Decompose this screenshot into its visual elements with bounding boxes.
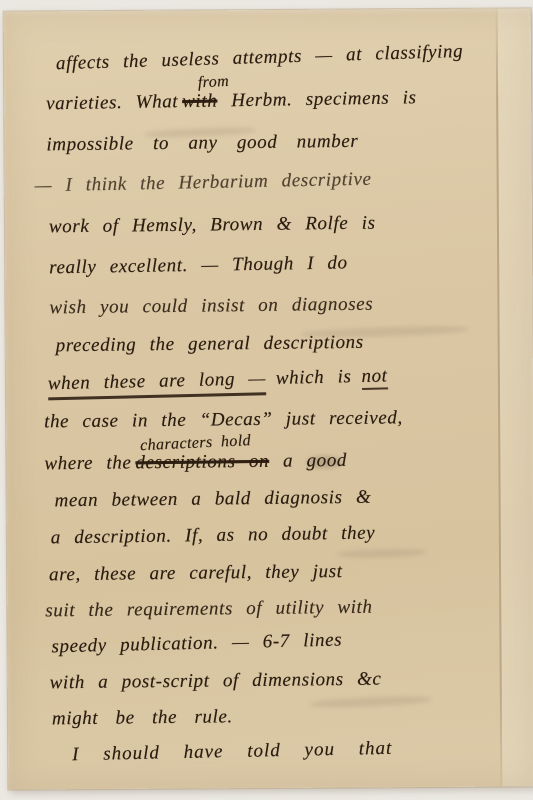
line-text: where the <box>44 452 131 474</box>
handwritten-line: wish you could insist on diagnoses <box>49 292 373 322</box>
handwritten-line: preceding the general descriptions <box>56 330 364 359</box>
handwritten-line: suit the requirements of utility with <box>45 595 373 625</box>
interlinear-insertion: from <box>197 69 230 97</box>
handwritten-line: when these are long —which isnot <box>48 363 388 397</box>
handwritten-line: might be the rule. <box>52 704 233 732</box>
handwritten-line: a description. If, as no doubt they <box>51 521 376 552</box>
handwritten-line: work of Hemsly, Brown & Rolfe is <box>49 211 376 241</box>
handwritten-line: impossible to any good number <box>46 129 358 159</box>
interlinear-insertion: characters hold <box>140 428 252 459</box>
handwritten-line: varieties. WhatwithfromHerbm. specimens … <box>46 85 417 117</box>
paper-sheet: affects the useless attempts — at classi… <box>4 8 533 789</box>
handwritten-line: — I think the Herbarium descriptive <box>34 167 371 200</box>
line-text: a good <box>283 450 347 472</box>
handwriting-layer: affects the useless attempts — at classi… <box>4 8 533 789</box>
handwritten-line: really excellent. — Though I do <box>49 250 348 281</box>
line-text: varieties. What <box>46 91 178 114</box>
underlined-phrase: when these are long — <box>48 368 267 400</box>
underlined-word: not <box>361 365 388 390</box>
handwritten-line: are, these are careful, they just <box>49 559 343 588</box>
line-text: which is <box>276 366 352 389</box>
handwritten-line: speedy publication. — 6-7 lines <box>51 627 342 660</box>
handwritten-line: where thedescriptions oncharacters holda… <box>44 448 347 477</box>
handwritten-line: with a post-script of dimensions &c <box>50 667 382 697</box>
line-text: Herbm. specimens is <box>231 87 417 111</box>
scanned-letter-page: affects the useless attempts — at classi… <box>0 0 533 800</box>
handwritten-line: I should have told you that <box>72 736 393 768</box>
handwritten-line: mean between a bald diagnosis & <box>54 485 371 515</box>
handwritten-line: affects the useless attempts — at classi… <box>56 39 464 77</box>
